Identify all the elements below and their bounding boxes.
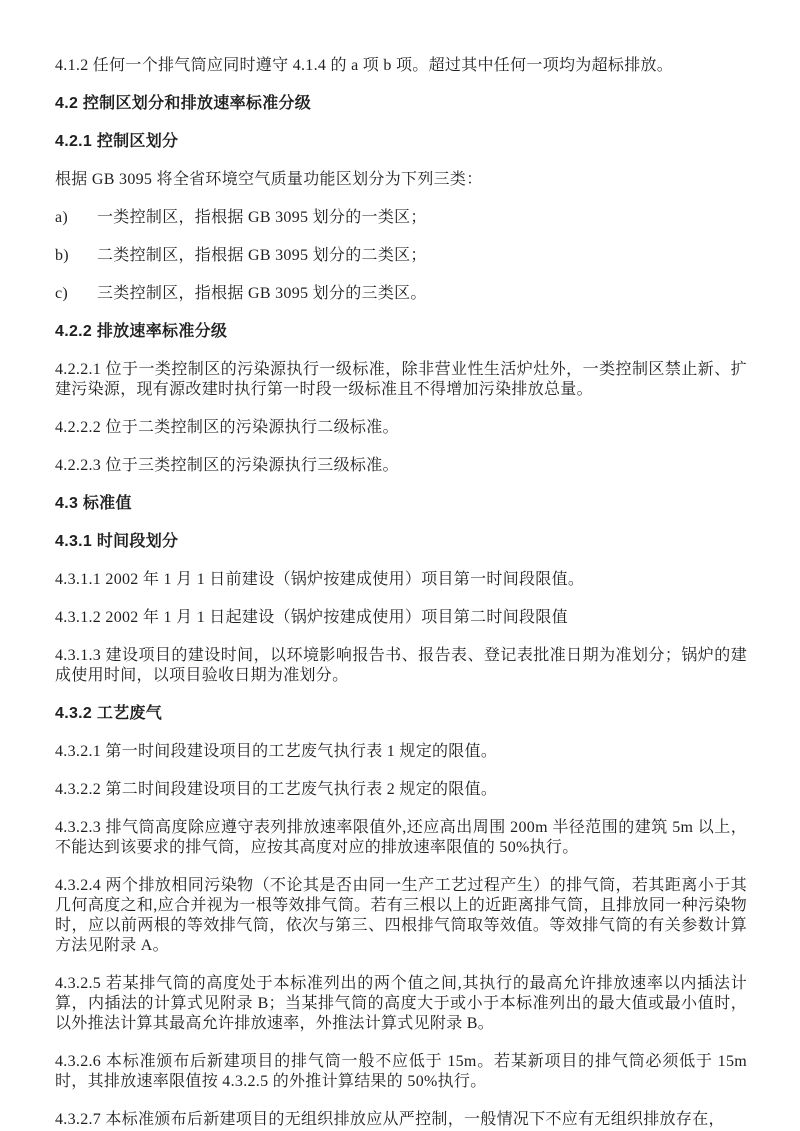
para-4-2-2-3: 4.2.2.3 位于三类控制区的污染源执行三级标准。 bbox=[55, 456, 747, 476]
list-item-b: b) 二类控制区，指根据 GB 3095 划分的二类区； bbox=[55, 246, 747, 266]
para-4-3-2-2: 4.3.2.2 第二时间段建设项目的工艺废气执行表 2 规定的限值。 bbox=[55, 780, 747, 800]
list-marker-c: c) bbox=[55, 284, 97, 304]
list-item-c: c) 三类控制区，指根据 GB 3095 划分的三类区。 bbox=[55, 284, 747, 304]
para-intro-gb3095: 根据 GB 3095 将全省环境空气质量功能区划分为下列三类： bbox=[55, 170, 747, 190]
list-text-b: 二类控制区，指根据 GB 3095 划分的二类区； bbox=[97, 246, 747, 266]
list-marker-b: b) bbox=[55, 246, 97, 266]
heading-4-2: 4.2 控制区划分和排放速率标准分级 bbox=[55, 94, 747, 114]
heading-4-3-2: 4.3.2 工艺废气 bbox=[55, 704, 747, 724]
list-text-c: 三类控制区，指根据 GB 3095 划分的三类区。 bbox=[97, 284, 747, 304]
heading-4-2-2: 4.2.2 排放速率标准分级 bbox=[55, 322, 747, 342]
para-4-3-2-1: 4.3.2.1 第一时间段建设项目的工艺废气执行表 1 规定的限值。 bbox=[55, 742, 747, 762]
para-4-3-2-6: 4.3.2.6 本标准颁布后新建项目的排气筒一般不应低于 15m。若某新项目的排… bbox=[55, 1052, 747, 1092]
para-4-3-2-5: 4.3.2.5 若某排气筒的高度处于本标准列出的两个值之间,其执行的最高允许排放… bbox=[55, 974, 747, 1034]
para-4-3-1-2: 4.3.1.2 2002 年 1 月 1 日起建设（锅炉按建成使用）项目第二时间… bbox=[55, 608, 747, 628]
list-marker-a: a) bbox=[55, 208, 97, 228]
para-4-3-2-3: 4.3.2.3 排气筒高度除应遵守表列排放速率限值外,还应高出周围 200m 半… bbox=[55, 818, 747, 858]
para-4-3-2-7: 4.3.2.7 本标准颁布后新建项目的无组织排放应从严控制，一般情况下不应有无组… bbox=[55, 1110, 747, 1130]
para-4-2-2-1: 4.2.2.1 位于一类控制区的污染源执行一级标准，除非营业性生活炉灶外，一类控… bbox=[55, 360, 747, 400]
heading-4-3: 4.3 标准值 bbox=[55, 494, 747, 514]
para-4-3-1-1: 4.3.1.1 2002 年 1 月 1 日前建设（锅炉按建成使用）项目第一时间… bbox=[55, 570, 747, 590]
para-4-1-2: 4.1.2 任何一个排气筒应同时遵守 4.1.4 的 a 项 b 项。超过其中任… bbox=[55, 56, 747, 76]
heading-4-2-1: 4.2.1 控制区划分 bbox=[55, 132, 747, 152]
list-item-a: a) 一类控制区，指根据 GB 3095 划分的一类区； bbox=[55, 208, 747, 228]
document-page: 4.1.2 任何一个排气筒应同时遵守 4.1.4 的 a 项 b 项。超过其中任… bbox=[0, 0, 800, 1131]
para-4-2-2-2: 4.2.2.2 位于二类控制区的污染源执行二级标准。 bbox=[55, 418, 747, 438]
list-text-a: 一类控制区，指根据 GB 3095 划分的一类区； bbox=[97, 208, 747, 228]
para-4-3-2-4: 4.3.2.4 两个排放相同污染物（不论其是否由同一生产工艺过程产生）的排气筒，… bbox=[55, 876, 747, 956]
heading-4-3-1: 4.3.1 时间段划分 bbox=[55, 532, 747, 552]
para-4-3-1-3: 4.3.1.3 建设项目的建设时间，以环境影响报告书、报告表、登记表批准日期为准… bbox=[55, 646, 747, 686]
